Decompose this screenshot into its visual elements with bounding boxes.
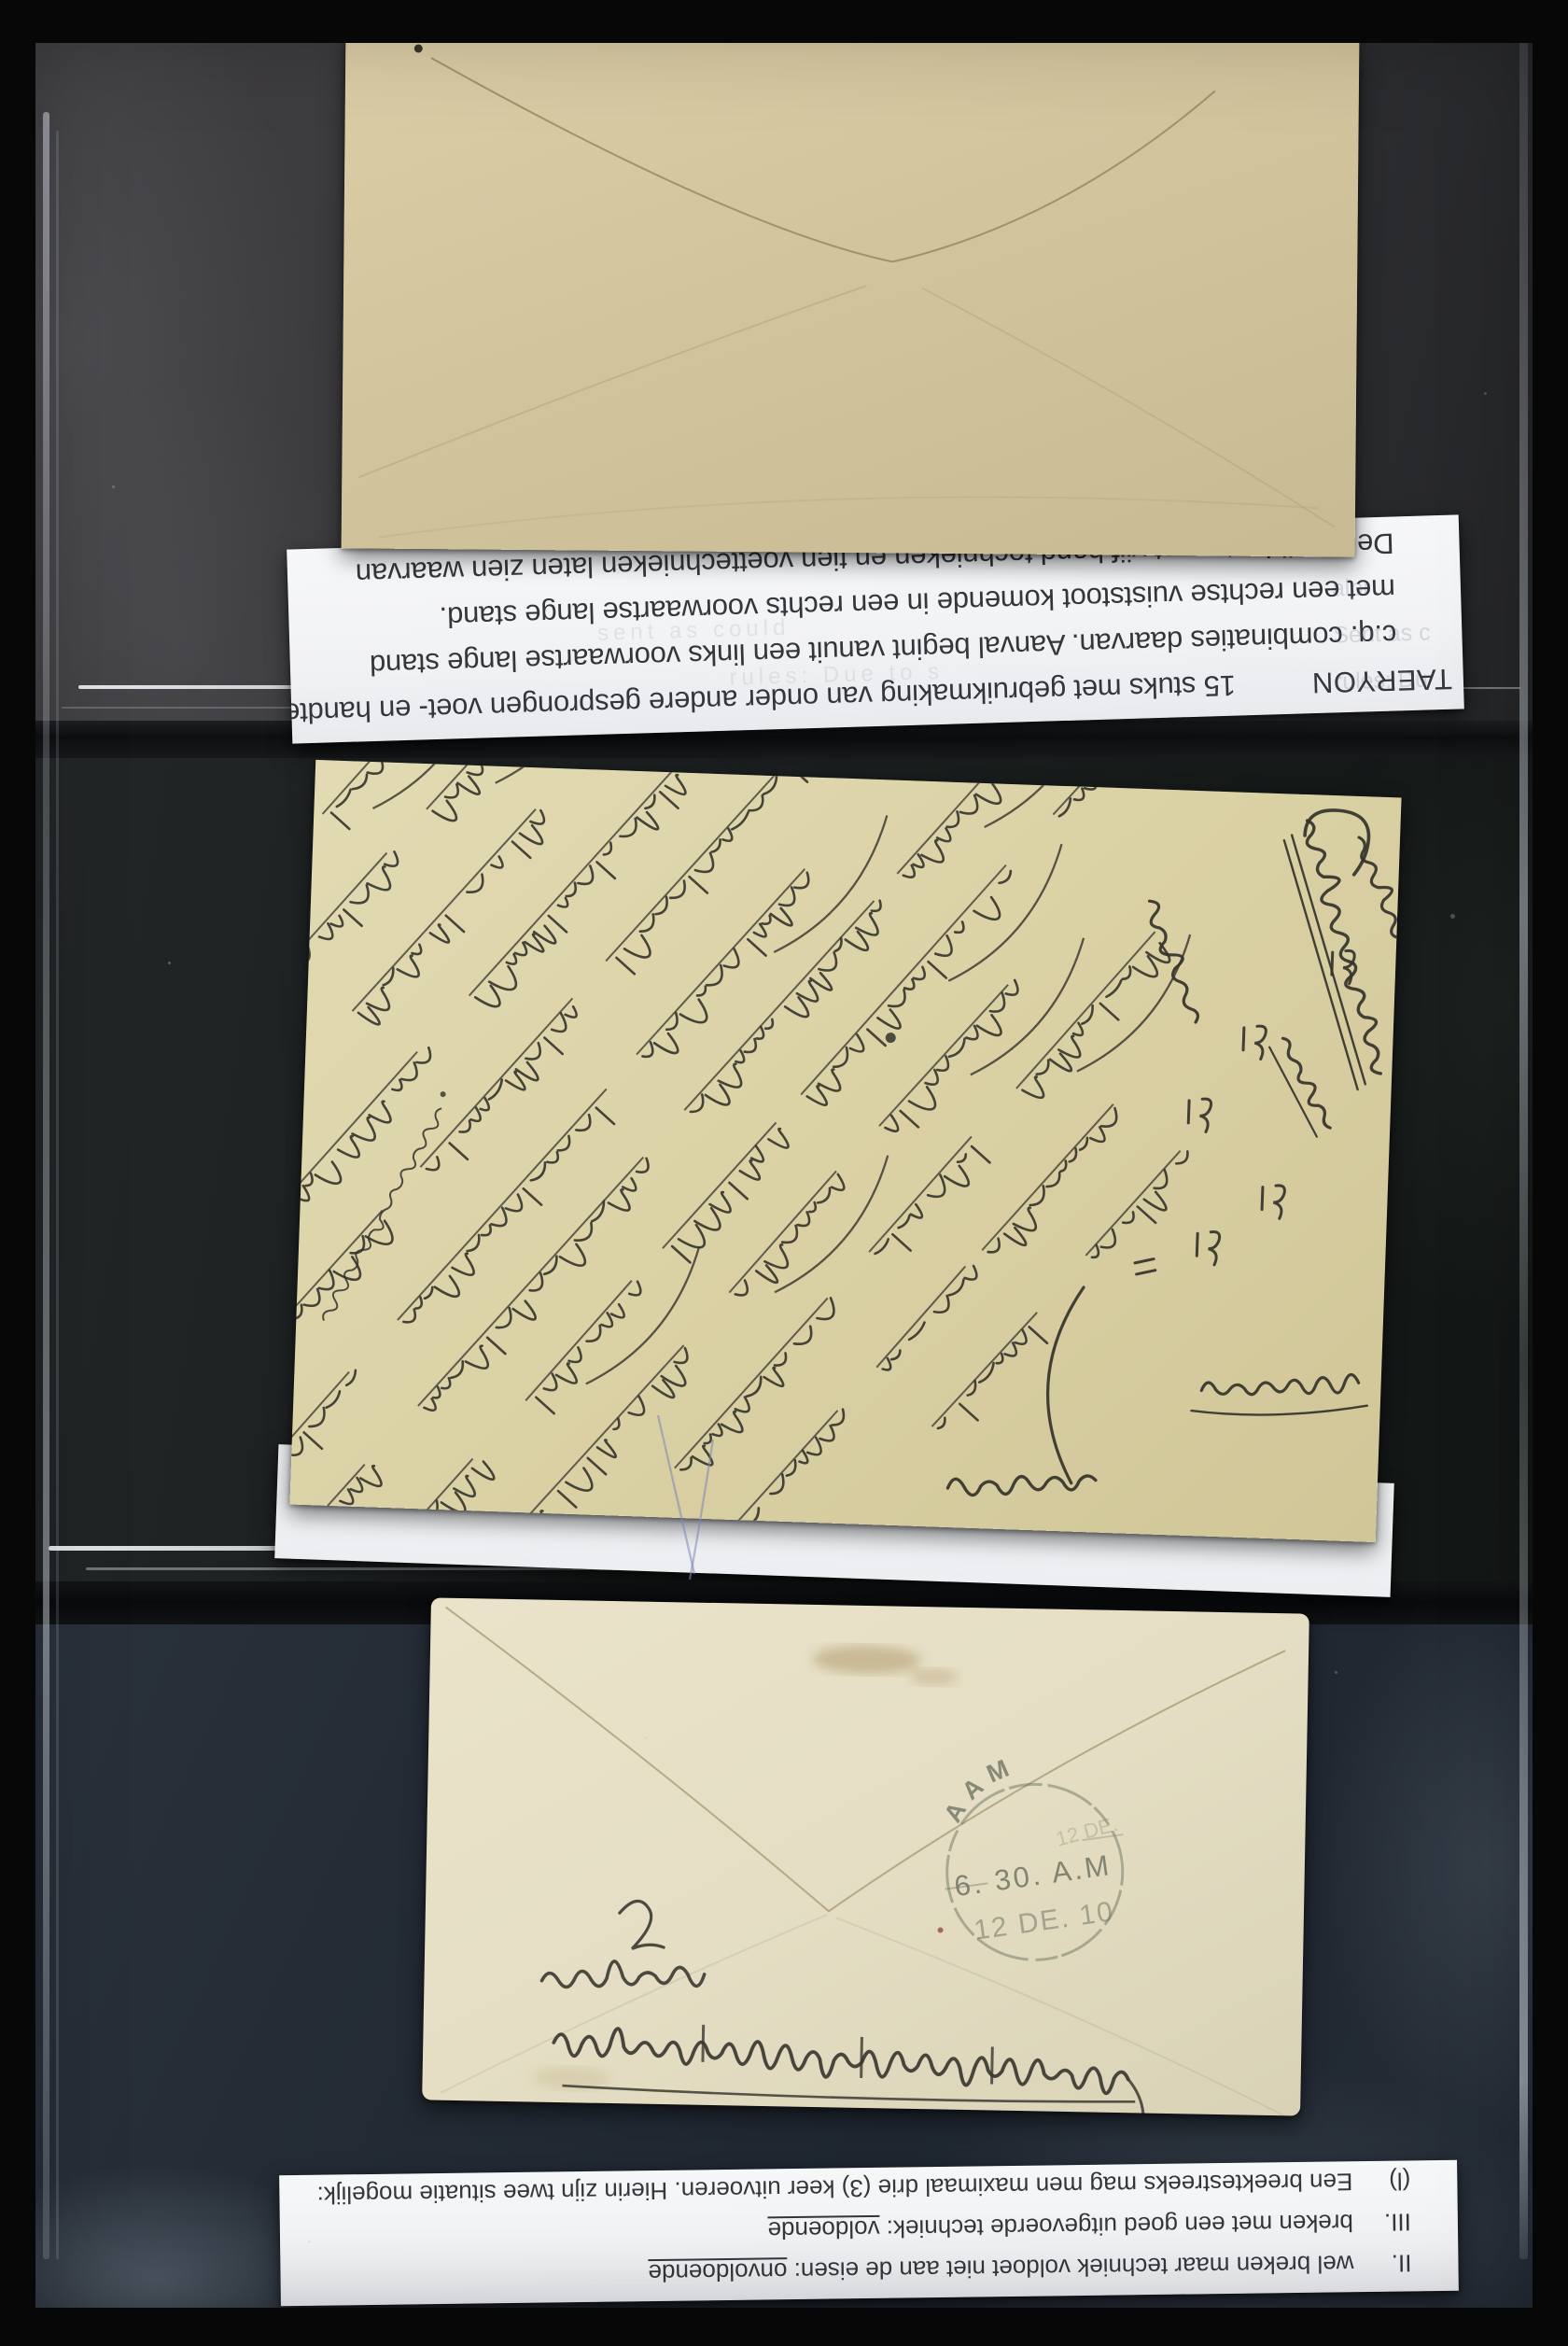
album-photo: TAERYON15 stuks met gebruikmaking van on… — [0, 0, 1568, 2346]
postcard-devanagari-handwriting — [289, 760, 1401, 1542]
photo-frame-bottom — [0, 2308, 1568, 2346]
postmark-time: 6. 30. A.M — [952, 1848, 1113, 1903]
postmark-arc-town: AAM — [938, 1749, 1021, 1828]
postmark-date: 12 DE. 10 — [972, 1896, 1116, 1946]
strip-bottom-flipped-text: II.wel breken maar techniek voldoet niet… — [279, 2160, 1459, 2307]
red-speck — [938, 1927, 944, 1932]
description-strip-bottom: II.wel breken maar techniek voldoet niet… — [279, 2160, 1459, 2307]
postmark-ghost: 12 DE. — [1054, 1812, 1120, 1851]
pinhole — [414, 44, 423, 52]
bottom-cover-envelope: AAM 6. 30. A.M 12 DE. 10 12 DE. — [422, 1597, 1309, 2115]
top-envelope-flap-lines — [342, 33, 1360, 556]
stain — [813, 1645, 922, 1675]
postcard-handwritten — [289, 760, 1401, 1542]
top-cover-envelope — [342, 33, 1360, 556]
photo-frame-left — [0, 0, 35, 2346]
postmark: AAM 6. 30. A.M 12 DE. 10 12 DE. — [927, 1749, 1143, 1981]
photo-frame-right — [1533, 0, 1568, 2346]
photo-frame-top — [0, 0, 1568, 43]
bottom-envelope-art: AAM 6. 30. A.M 12 DE. 10 12 DE. — [422, 1597, 1309, 2115]
strip-top-bleedthrough: alpr Sent as c rules: Du — [1331, 562, 1433, 705]
